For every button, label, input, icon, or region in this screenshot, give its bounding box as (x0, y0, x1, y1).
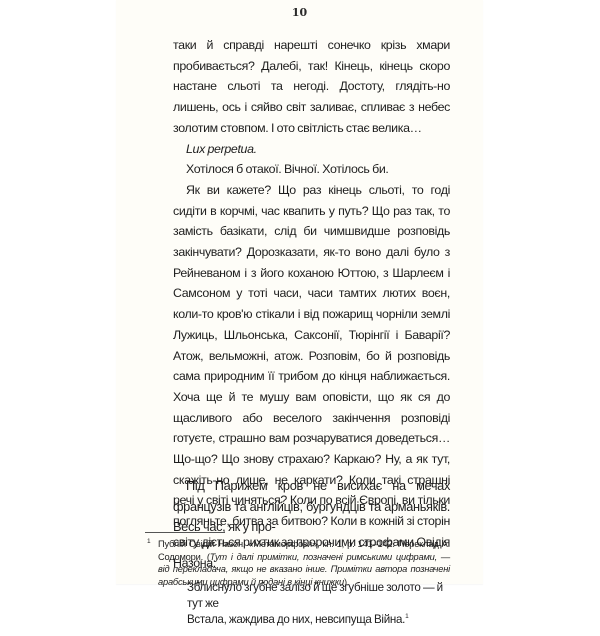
paragraph: Під Парижем кров не висихає на мечах фра… (173, 476, 450, 538)
book-page: 10 таки й справді нарешті сонечко крізь … (116, 0, 483, 584)
footnote-text: Публій Овідій Назон. «Метаморфози», кн. … (158, 538, 450, 588)
main-text-continued: Під Парижем кров не висихає на мечах фра… (173, 476, 450, 538)
paragraph-continuation: таки й справді нарешті сонечко крізь хма… (173, 35, 450, 139)
footnote-separator (145, 532, 225, 533)
footnote-marker: 1 (147, 536, 150, 549)
paragraph-latin-phrase: Lux perpetua. (173, 139, 450, 160)
paragraph: Хотілося б отакої. Вічної. Хотілось би. (173, 159, 450, 180)
footnote: 1 Публій Овідій Назон. «Метаморфози», кн… (145, 538, 450, 588)
page-number: 10 (116, 6, 483, 19)
